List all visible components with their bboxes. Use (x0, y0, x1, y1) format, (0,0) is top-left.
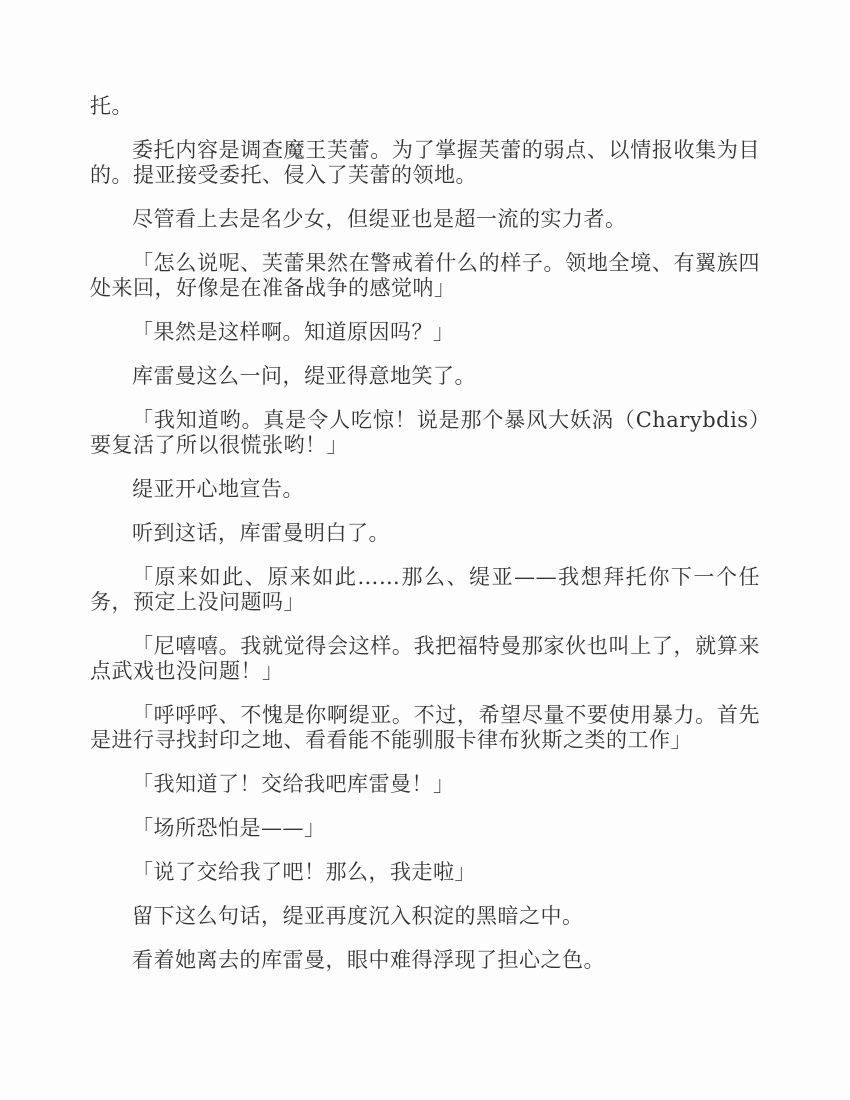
paragraph: 看着她离去的库雷曼，眼中难得浮现了担心之色。 (90, 948, 760, 973)
paragraph: 「原来如此、原来如此……那么、缇亚——我想拜托你下一个任务，预定上没问题吗」 (90, 565, 760, 615)
paragraph: 库雷曼这么一问，缇亚得意地笑了。 (90, 364, 760, 389)
paragraph: 缇亚开心地宣告。 (90, 477, 760, 502)
paragraph: 委托内容是调查魔王芙蕾。为了掌握芙蕾的弱点、以情报收集为目的。提亚接受委托、侵入… (90, 138, 760, 188)
paragraph: 「呼呼呼、不愧是你啊缇亚。不过，希望尽量不要使用暴力。首先是进行寻找封印之地、看… (90, 703, 760, 753)
paragraph: 「我知道哟。真是令人吃惊！说是那个暴风大妖涡（Charybdis）要复活了所以很… (90, 408, 760, 458)
paragraph: 「说了交给我了吧！那么，我走啦」 (90, 860, 760, 885)
paragraph: 「尼嘻嘻。我就觉得会这样。我把福特曼那家伙也叫上了，就算来点武戏也没问题！」 (90, 634, 760, 684)
paragraph: 「场所恐怕是——」 (90, 816, 760, 841)
paragraph: 留下这么句话，缇亚再度沉入积淀的黑暗之中。 (90, 904, 760, 929)
paragraph: 「果然是这样啊。知道原因吗？」 (90, 320, 760, 345)
reader-page: 托。委托内容是调查魔王芙蕾。为了掌握芙蕾的弱点、以情报收集为目的。提亚接受委托、… (0, 0, 850, 1100)
paragraph: 听到这话，库雷曼明白了。 (90, 521, 760, 546)
novel-text-column: 托。委托内容是调查魔王芙蕾。为了掌握芙蕾的弱点、以情报收集为目的。提亚接受委托、… (0, 0, 850, 973)
paragraph: 尽管看上去是名少女，但缇亚也是超一流的实力者。 (90, 207, 760, 232)
paragraph: 托。 (90, 94, 760, 119)
paragraph: 「我知道了！交给我吧库雷曼！」 (90, 772, 760, 797)
paragraph: 「怎么说呢、芙蕾果然在警戒着什么的样子。领地全境、有翼族四处来回，好像是在准备战… (90, 251, 760, 301)
